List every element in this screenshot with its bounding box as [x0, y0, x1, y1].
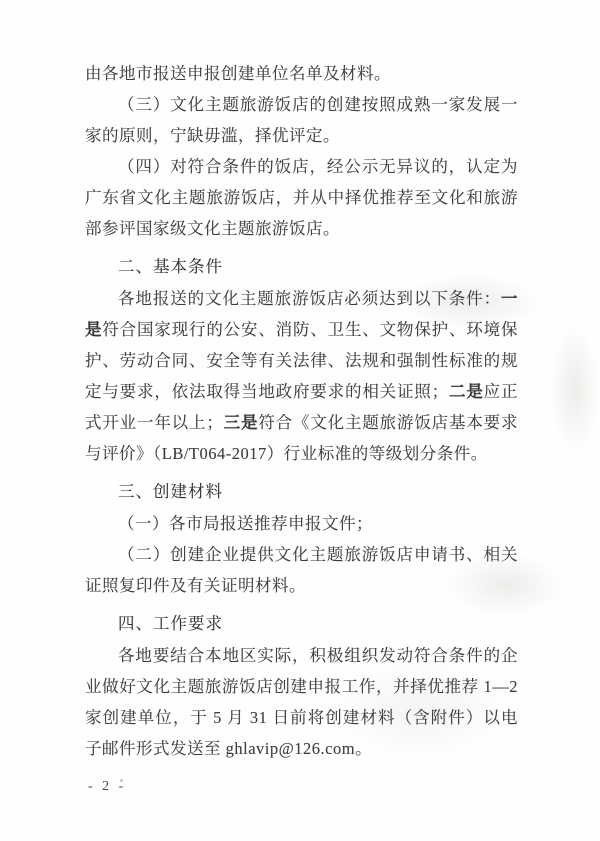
text-segment: （四）对符合条件的饭店，经公示无异议的，认定为广东省文化主题旅游饭店，并从中择优…	[85, 157, 518, 238]
section-heading-work-requirements: 四、工作要求	[85, 609, 518, 640]
paragraph-basic-conditions: 各地报送的文化主题旅游饭店必须达到以下条件：一是符合国家现行的公安、消防、卫生、…	[85, 283, 518, 469]
heading-text: 三、创建材料	[118, 483, 223, 501]
emphasis-third: 三是	[223, 413, 258, 432]
paragraph-materials-2: （二）创建企业提供文化主题旅游饭店申请书、相关证照复印件及有关证明材料。	[85, 539, 518, 601]
emphasis-second: 二是	[449, 382, 484, 401]
scan-artifact	[540, 300, 600, 480]
text-segment: 各地报送的文化主题旅游饭店必须达到以下条件：	[118, 289, 501, 308]
text-segment: 由各地市报送申报创建单位名单及材料。	[85, 64, 391, 83]
section-heading-application-materials: 三、创建材料	[85, 477, 518, 508]
text-segment: （二）创建企业提供文化主题旅游饭店申请书、相关证照复印件及有关证明材料。	[85, 545, 518, 595]
heading-text: 四、工作要求	[118, 615, 223, 633]
section-heading-basic-conditions: 二、基本条件	[85, 252, 518, 283]
text-segment: （一）各市局报送推荐申报文件；	[118, 514, 373, 533]
paragraph-item-3: （三）文化主题旅游饭店的创建按照成熟一家发展一家的原则，宁缺毋滥，择优评定。	[85, 89, 518, 151]
text-segment: 各地要结合本地区实际，积极组织发动符合条件的企业做好文化主题旅游饭店创建申报工作…	[85, 646, 518, 758]
paragraph-work-requirements: 各地要结合本地区实际，积极组织发动符合条件的企业做好文化主题旅游饭店创建申报工作…	[85, 640, 518, 764]
heading-text: 二、基本条件	[118, 258, 223, 276]
paragraph-item-4: （四）对符合条件的饭店，经公示无异议的，认定为广东省文化主题旅游饭店，并从中择优…	[85, 151, 518, 244]
scanned-document-page: 由各地市报送申报创建单位名单及材料。 （三）文化主题旅游饭店的创建按照成熟一家发…	[0, 0, 600, 841]
document-body: 由各地市报送申报创建单位名单及材料。 （三）文化主题旅游饭店的创建按照成熟一家发…	[85, 58, 518, 764]
paragraph-materials-1: （一）各市局报送推荐申报文件；	[85, 508, 518, 539]
paragraph-continuation: 由各地市报送申报创建单位名单及材料。	[85, 58, 518, 89]
scan-speck	[120, 779, 123, 782]
text-segment: （三）文化主题旅游饭店的创建按照成熟一家发展一家的原则，宁缺毋滥，择优评定。	[85, 95, 518, 145]
